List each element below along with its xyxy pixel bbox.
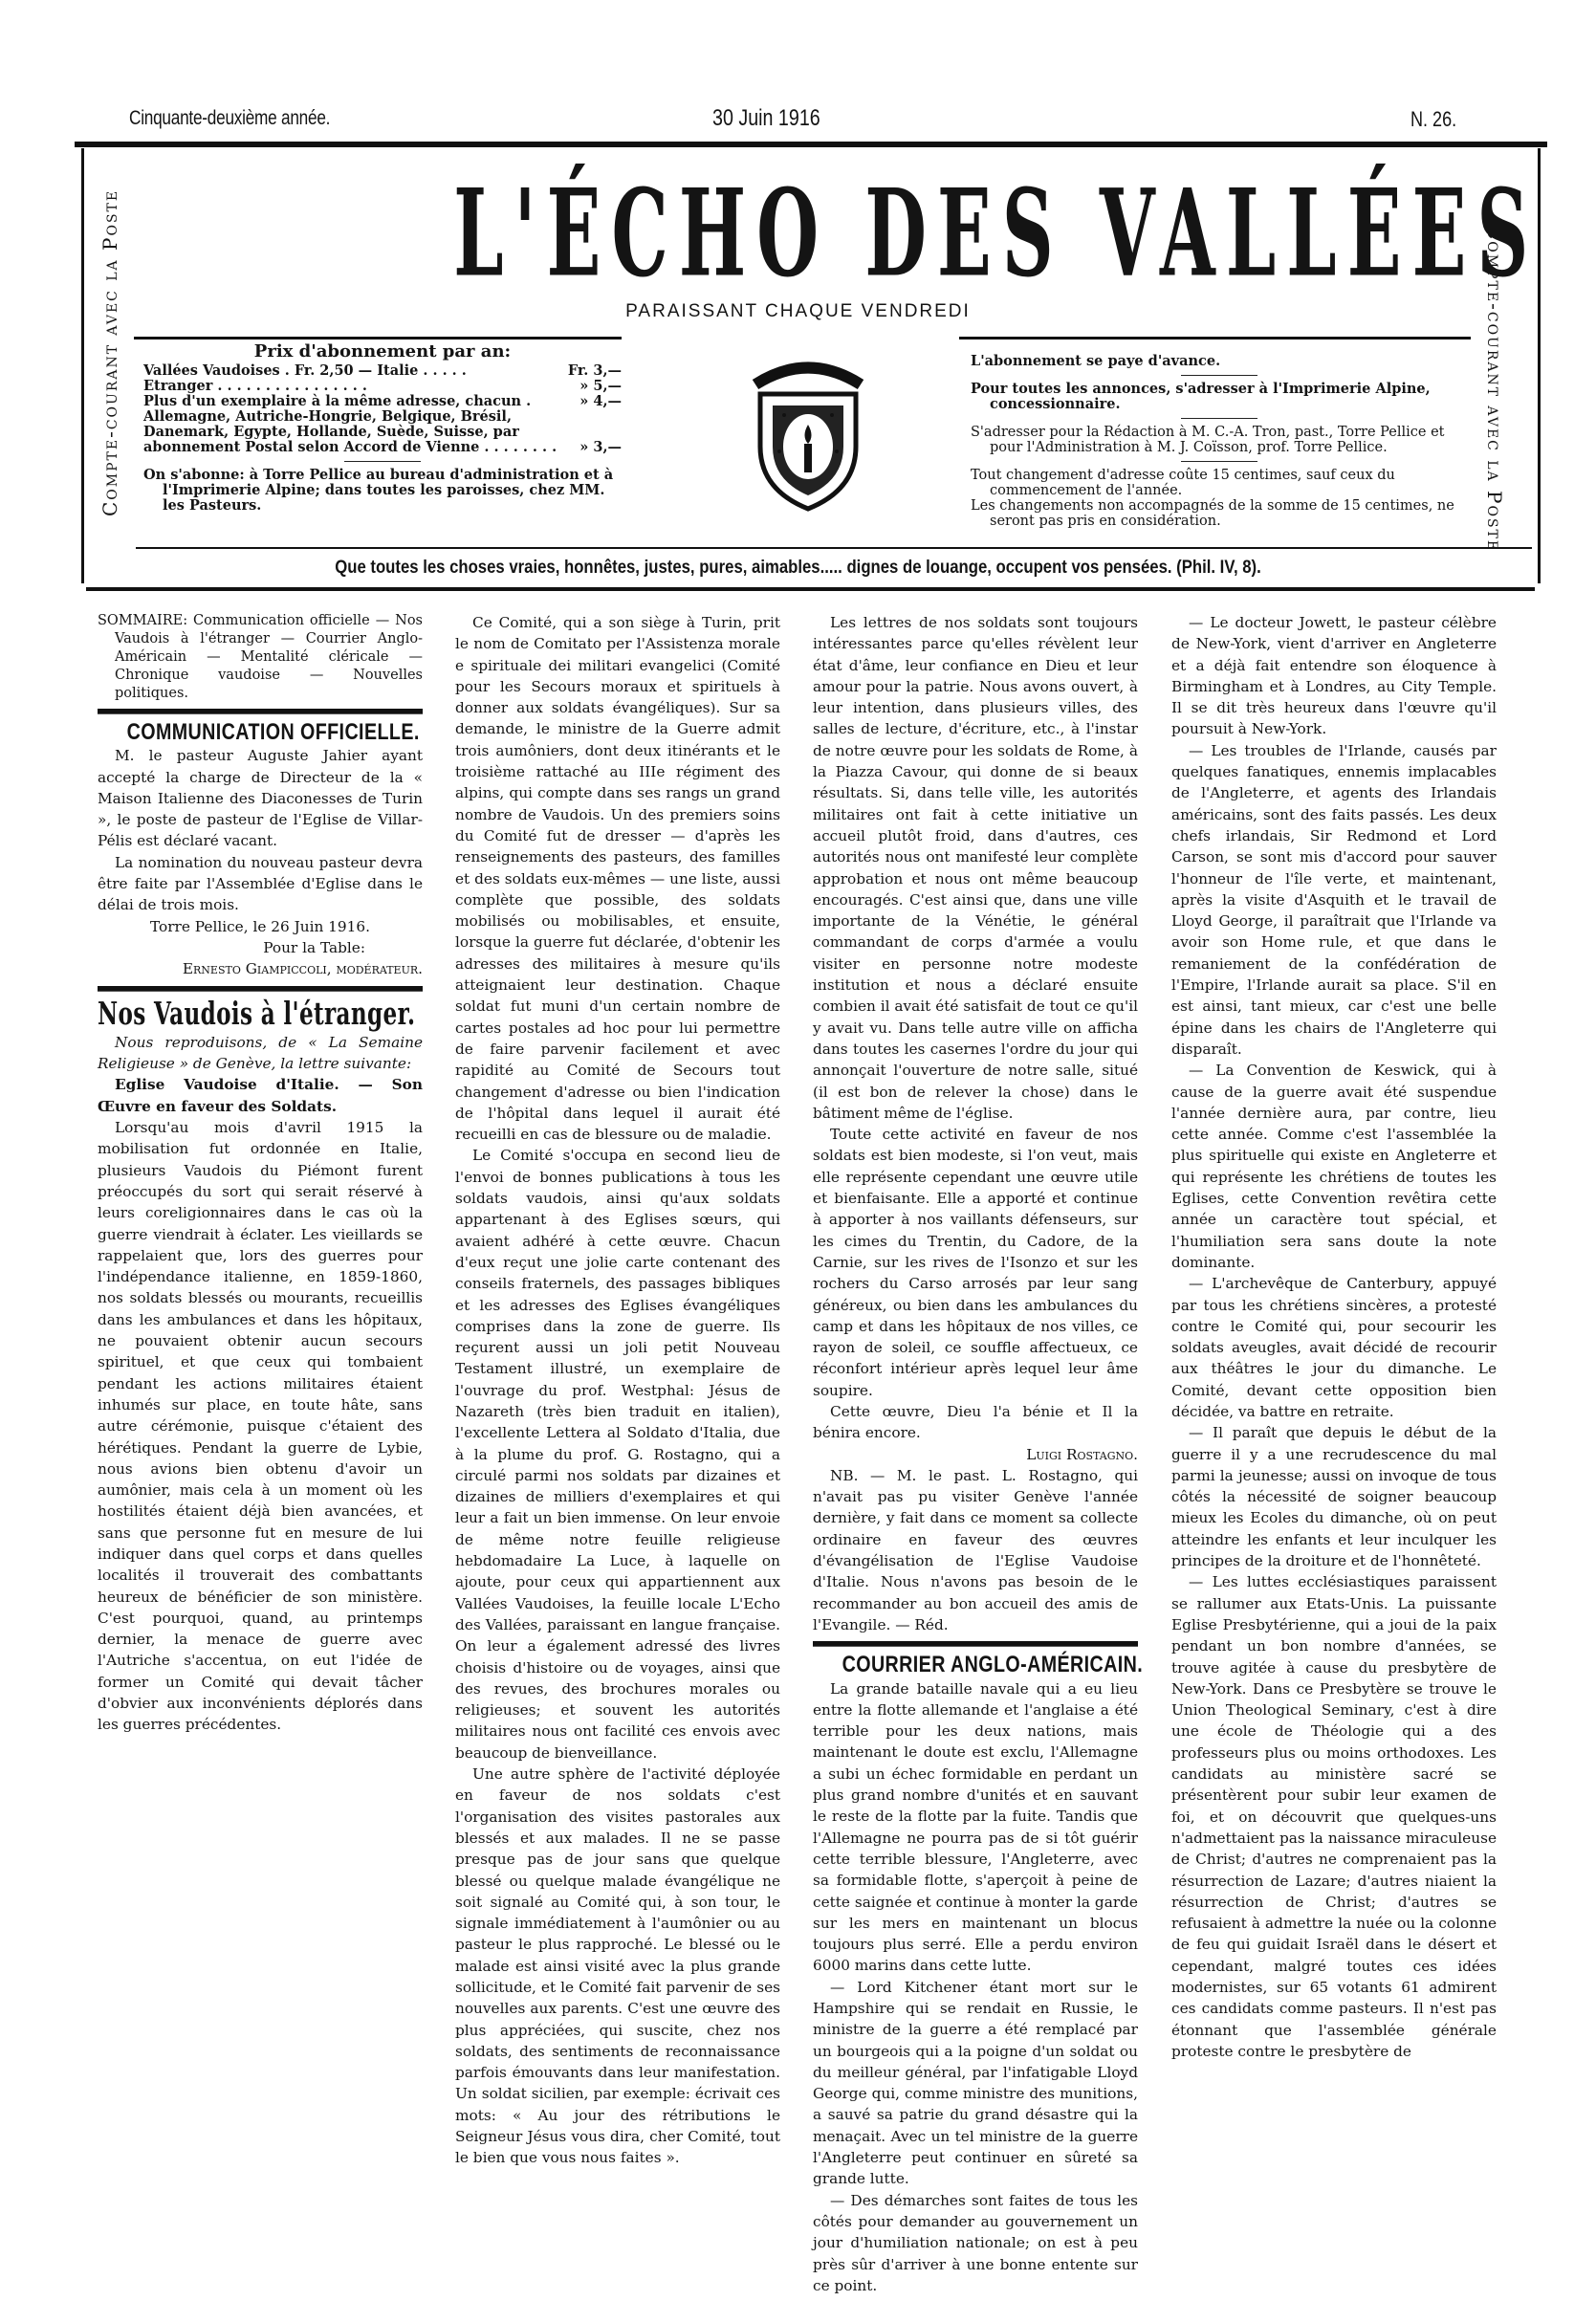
sommaire: SOMMAIRE: Communication officielle — Nos… bbox=[98, 612, 423, 703]
price-row: Vallées Vaudoises . Fr. 2,50 — Italie . … bbox=[143, 363, 622, 379]
courrier-p7: — L'archevêque de Canterbury, appuyé par… bbox=[1171, 1273, 1497, 1422]
issue-number: N. 26. bbox=[1410, 107, 1456, 132]
header-rule bbox=[75, 142, 1547, 147]
divider bbox=[344, 461, 421, 462]
column-2: Ce Comité, qui a son siège à Turin, prit… bbox=[455, 612, 780, 2257]
communication-signature: Ernesto Giampiccoli, modérateur. bbox=[98, 958, 423, 979]
heading-communication: COMMUNICATION OFFICIELLE. bbox=[127, 722, 394, 743]
courrier-p4: — Le docteur Jowett, le pasteur célèbre … bbox=[1171, 612, 1497, 740]
notice-ads: Pour toutes les annonces, s'adresser à l… bbox=[971, 382, 1468, 412]
notice-advance: L'abonnement se paye d'avance. bbox=[971, 354, 1468, 369]
price-row: Allemagne, Autriche-Hongrie, Belgique, B… bbox=[143, 409, 622, 455]
side-label-left: Compte-courant avec la Poste bbox=[98, 189, 121, 516]
emblem-seal-icon bbox=[736, 356, 880, 518]
courrier-p6: — La Convention de Keswick, qui à cause … bbox=[1171, 1060, 1497, 1273]
motto: Que toutes les choses vraies, honnêtes, … bbox=[96, 558, 1500, 579]
communication-p1: M. le pasteur Auguste Jahier ayant accep… bbox=[98, 745, 423, 851]
vaudois-p3: Le Comité s'occupa en second lieu de l'e… bbox=[455, 1145, 780, 1764]
notice-redaction: S'adresser pour la Rédaction à M. C.-A. … bbox=[971, 425, 1468, 455]
courrier-p3: — Des démarches sont faites de tous les … bbox=[813, 2190, 1138, 2296]
heading-courrier: COURRIER ANGLO-AMÉRICAIN. bbox=[842, 1655, 1109, 1676]
communication-p2: La nomination du nouveau pasteur devra ê… bbox=[98, 852, 423, 916]
vaudois-subhead: Eglise Vaudoise d'Italie. — Son Œuvre en… bbox=[98, 1074, 423, 1117]
courrier-p9: — Les luttes ecclésiastiques paraissent … bbox=[1171, 1571, 1497, 2062]
vaudois-p5: Les lettres de nos soldats sont toujours… bbox=[813, 612, 1138, 1124]
notices-box: L'abonnement se paye d'avance. Pour tout… bbox=[971, 354, 1468, 529]
price-row: Plus d'un exemplaire à la même adresse, … bbox=[143, 394, 622, 409]
motto-rule-top bbox=[136, 547, 1532, 549]
motto-rule-bottom bbox=[86, 587, 1535, 591]
courrier-p8: — Il paraît que depuis le début de la gu… bbox=[1171, 1422, 1497, 1571]
price-row: Etranger . . . . . . . . . . . . . . . .… bbox=[143, 379, 622, 394]
courrier-p1: La grande bataille navale qui a eu lieu … bbox=[813, 1678, 1138, 1977]
info-rule-right bbox=[959, 337, 1471, 340]
vaudois-nb: NB. — M. le past. L. Rostagno, qui n'ava… bbox=[813, 1465, 1138, 1635]
column-1: SOMMAIRE: Communication officielle — Nos… bbox=[98, 612, 423, 1736]
communication-date: Torre Pellice, le 26 Juin 1916. bbox=[98, 916, 423, 937]
vaudois-p6: Toute cette activité en faveur de nos so… bbox=[813, 1124, 1138, 1401]
column-4: — Le docteur Jowett, le pasteur célèbre … bbox=[1171, 612, 1497, 2062]
newspaper-title: L'ÉCHO DES VALLÉES bbox=[453, 163, 1153, 304]
vaudois-p7: Cette œuvre, Dieu l'a bénie et Il la bén… bbox=[813, 1401, 1138, 1444]
vaudois-p1: Lorsqu'au mois d'avril 1915 la mobilisat… bbox=[98, 1117, 423, 1736]
subscription-heading: Prix d'abonnement par an: bbox=[143, 344, 622, 360]
issue-date: 30 Juin 1916 bbox=[712, 105, 820, 132]
vaudois-intro: Nous reproduisons, de « La Semaine Relig… bbox=[98, 1032, 423, 1075]
info-rule-left bbox=[134, 337, 622, 340]
newspaper-subtitle: PARAISSANT CHAQUE VENDREDI bbox=[0, 301, 1596, 322]
year-label: Cinquante-deuxième année. bbox=[129, 107, 330, 130]
notice-address-change: Tout changement d'adresse coûte 15 centi… bbox=[971, 468, 1468, 498]
vaudois-signature: Luigi Rostagno. bbox=[813, 1444, 1138, 1465]
vaudois-p2: Ce Comité, qui a son siège à Turin, prit… bbox=[455, 612, 780, 1145]
courrier-p5: — Les troubles de l'Irlande, causés par … bbox=[1171, 740, 1497, 1060]
courrier-p2: — Lord Kitchener étant mort sur le Hamps… bbox=[813, 1977, 1138, 2190]
communication-for-table: Pour la Table: bbox=[98, 937, 423, 958]
column-3: Les lettres de nos soldats sont toujours… bbox=[813, 612, 1138, 2296]
subscription-note: On s'abonne: à Torre Pellice au bureau d… bbox=[143, 468, 622, 514]
subscription-box: Prix d'abonnement par an: Vallées Vaudoi… bbox=[143, 344, 622, 514]
notice-address-change-2: Les changements non accompagnés de la so… bbox=[971, 498, 1468, 529]
heading-vaudois: Nos Vaudois à l'étranger. bbox=[98, 1003, 325, 1024]
vaudois-p4: Une autre sphère de l'activité déployée … bbox=[455, 1764, 780, 2169]
